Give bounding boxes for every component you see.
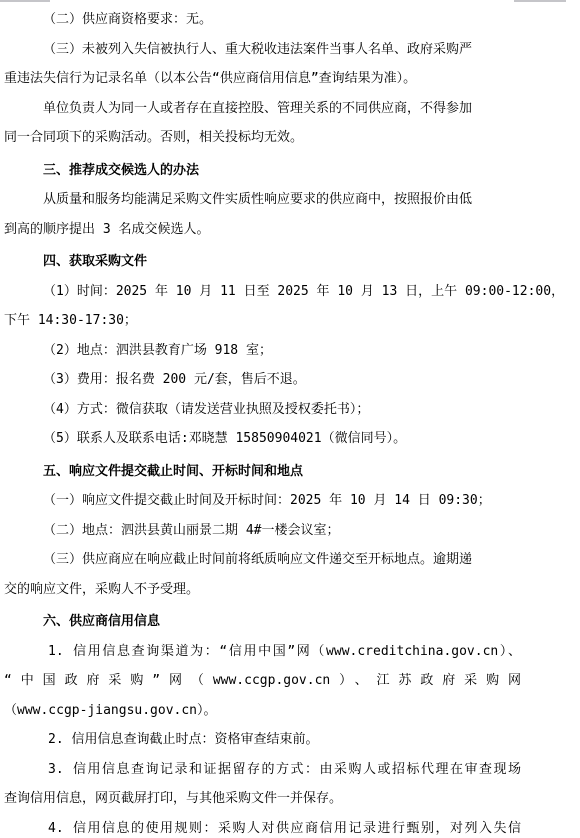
doc-text-line: 2. 信用信息查询截止时点：资格审查结束前。 [4, 725, 576, 755]
doc-text-line: 同一合同项下的采购活动。否则，相关投标均无效。 [4, 123, 576, 153]
doc-text-line: 1. 信用信息查询渠道为：“信用中国”网（www.creditchina.gov… [4, 637, 521, 667]
doc-text-line: （一）响应文件提交截止时间及开标时间：2025 年 10 月 14 日 09:3… [4, 486, 576, 516]
doc-section-heading: 三、推荐成交候选人的办法 [4, 156, 576, 186]
doc-text-line: 单位负责人为同一人或者存在直接控股、管理关系的不同供应商，不得参加 [4, 94, 576, 124]
doc-text-line: （2）地点：泗洪县教育广场 918 室； [4, 336, 576, 366]
doc-text-line: （1）时间：2025 年 10 月 11 日至 2025 年 10 月 13 日… [4, 277, 576, 307]
doc-text-line: “中国政府采购”网（www.ccgp.gov.cn）、江苏政府采购网 [4, 666, 521, 696]
doc-text-line: （二）地点：泗洪县黄山丽景二期 4#一楼会议室； [4, 516, 576, 546]
doc-text-line: 下午 14:30-17:30； [4, 306, 576, 336]
doc-text-line: 查询信用信息，网页截屏打印，与其他采购文件一并保存。 [4, 784, 576, 814]
doc-text-line: （5）联系人及联系电话:邓晓慧 15850904021（微信同号）。 [4, 424, 576, 454]
doc-section-heading: 五、响应文件提交截止时间、开标时间和地点 [4, 457, 576, 487]
doc-text-line: 从质量和服务均能满足采购文件实质性响应要求的供应商中，按照报价由低 [4, 185, 576, 215]
document-page: （二）供应商资格要求：无。（三）未被列入失信被执行人、重大税收违法案件当事人名单… [4, 5, 576, 838]
doc-text-line: （www.ccgp-jiangsu.gov.cn）。 [4, 696, 576, 726]
doc-text-line: （三）供应商应在响应截止时间前将纸质响应文件递交至开标地点。逾期递 [4, 545, 576, 575]
doc-text-line: （4）方式：微信获取（请发送营业执照及授权委托书）； [4, 395, 576, 425]
window-edge-fragment-right [514, 0, 566, 2]
doc-section-heading: 六、供应商信用信息 [4, 607, 576, 637]
doc-text-line: 到高的顺序提出 3 名成交候选人。 [4, 215, 576, 245]
doc-text-line: （三）未被列入失信被执行人、重大税收违法案件当事人名单、政府采购严 [4, 35, 576, 65]
doc-text-line: （二）供应商资格要求：无。 [4, 5, 576, 35]
doc-text-line: （3）费用：报名费 200 元/套，售后不退。 [4, 365, 576, 395]
doc-text-line: 3. 信用信息查询记录和证据留存的方式：由采购人或招标代理在审查现场 [4, 755, 521, 785]
doc-text-line: 重违法失信行为记录名单（以本公告“供应商信用信息”查询结果为准）。 [4, 64, 576, 94]
window-edge-fragment-left [0, 0, 50, 2]
doc-text-line: 交的响应文件，采购人不予受理。 [4, 575, 576, 605]
doc-text-line: 4. 信用信息的使用规则：采购人对供应商信用记录进行甄别，对列入失信 [4, 814, 521, 838]
doc-section-heading: 四、获取采购文件 [4, 247, 576, 277]
